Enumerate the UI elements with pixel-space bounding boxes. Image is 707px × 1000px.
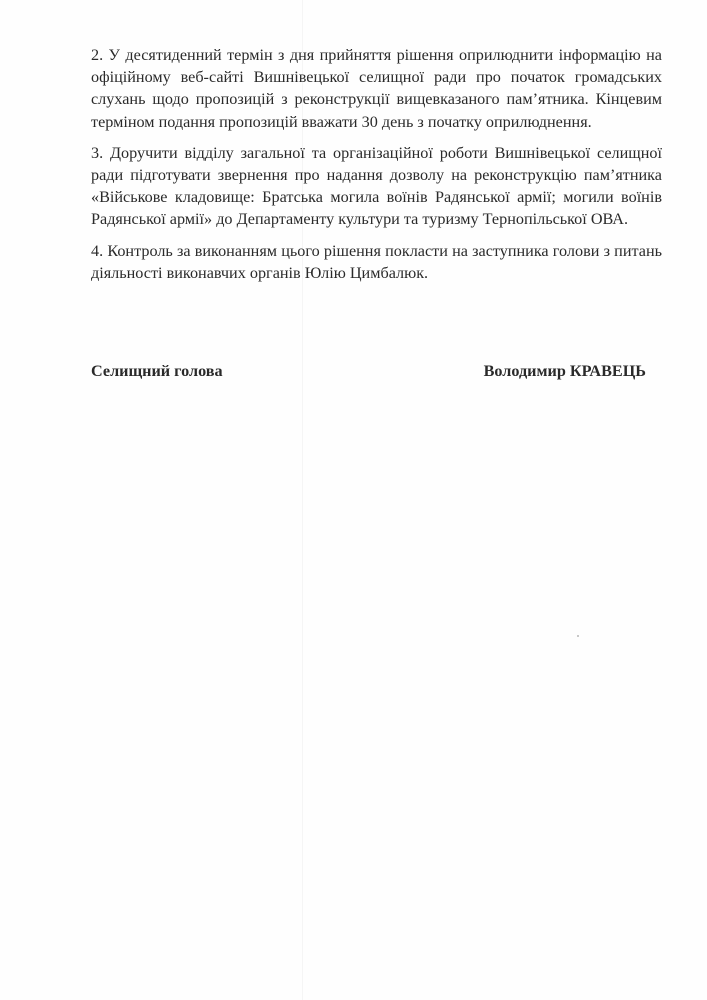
document-page: 2. У десятиденний термін з дня прийняття… xyxy=(0,0,707,1000)
paragraph-2: 2. У десятиденний термін з дня прийняття… xyxy=(91,44,662,133)
scan-speck xyxy=(577,635,579,637)
signature-block: Селищний голова Володимир КРАВЕЦЬ xyxy=(91,360,646,382)
signatory-position: Селищний голова xyxy=(91,360,223,382)
paragraph-3: 3. Доручити відділу загальної та організ… xyxy=(91,142,662,231)
document-body: 2. У десятиденний термін з дня прийняття… xyxy=(91,44,662,284)
signatory-name: Володимир КРАВЕЦЬ xyxy=(484,360,646,382)
paragraph-4: 4. Контроль за виконанням цього рішення … xyxy=(91,240,662,284)
